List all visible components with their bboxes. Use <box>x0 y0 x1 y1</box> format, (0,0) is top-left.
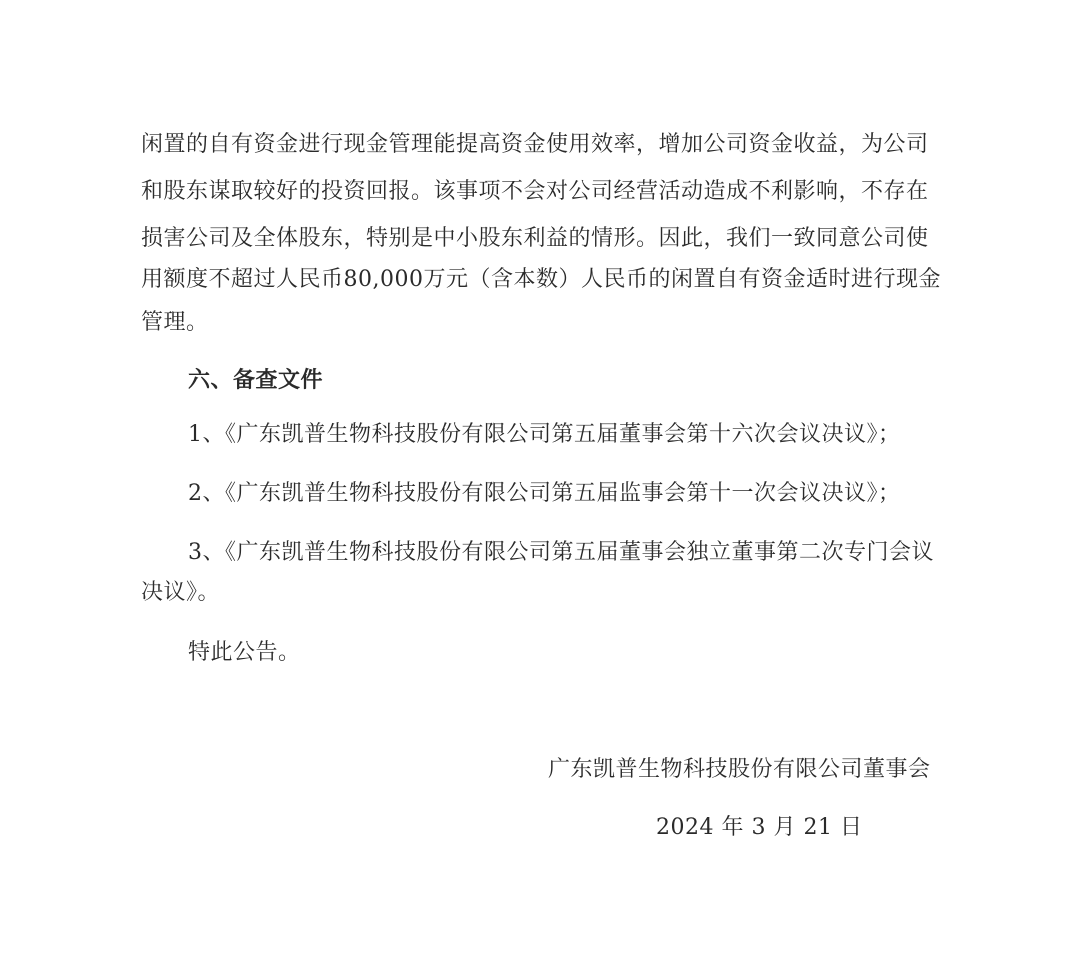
section-heading: 六、备查文件 <box>188 366 323 396</box>
paragraph-line: 损害公司及全体股东，特别是中小股东利益的情形。因此，我们一致同意公司使 <box>141 224 929 254</box>
paragraph-line: 用额度不超过人民币80,000万元（含本数）人民币的闲置自有资金适时进行现金 <box>141 265 941 295</box>
signature-date: 2024 年 3 月 21 日 <box>656 813 862 843</box>
signature-org: 广东凯普生物科技股份有限公司董事会 <box>548 755 931 785</box>
reference-item-1: 1、《广东凯普生物科技股份有限公司第五届董事会第十六次会议决议》； <box>188 420 901 450</box>
paragraph-line: 管理。 <box>141 308 209 338</box>
reference-item-3: 3、《广东凯普生物科技股份有限公司第五届董事会独立董事第二次专门会议 <box>188 538 934 568</box>
closing-statement: 特此公告。 <box>188 638 301 668</box>
paragraph-line: 和股东谋取较好的投资回报。该事项不会对公司经营活动造成不利影响，不存在 <box>141 177 929 207</box>
reference-item-3-continued: 决议》。 <box>141 578 220 608</box>
reference-item-2: 2、《广东凯普生物科技股份有限公司第五届监事会第十一次会议决议》； <box>188 479 901 509</box>
paragraph-line: 闲置的自有资金进行现金管理能提高资金使用效率，增加公司资金收益，为公司 <box>141 130 929 160</box>
